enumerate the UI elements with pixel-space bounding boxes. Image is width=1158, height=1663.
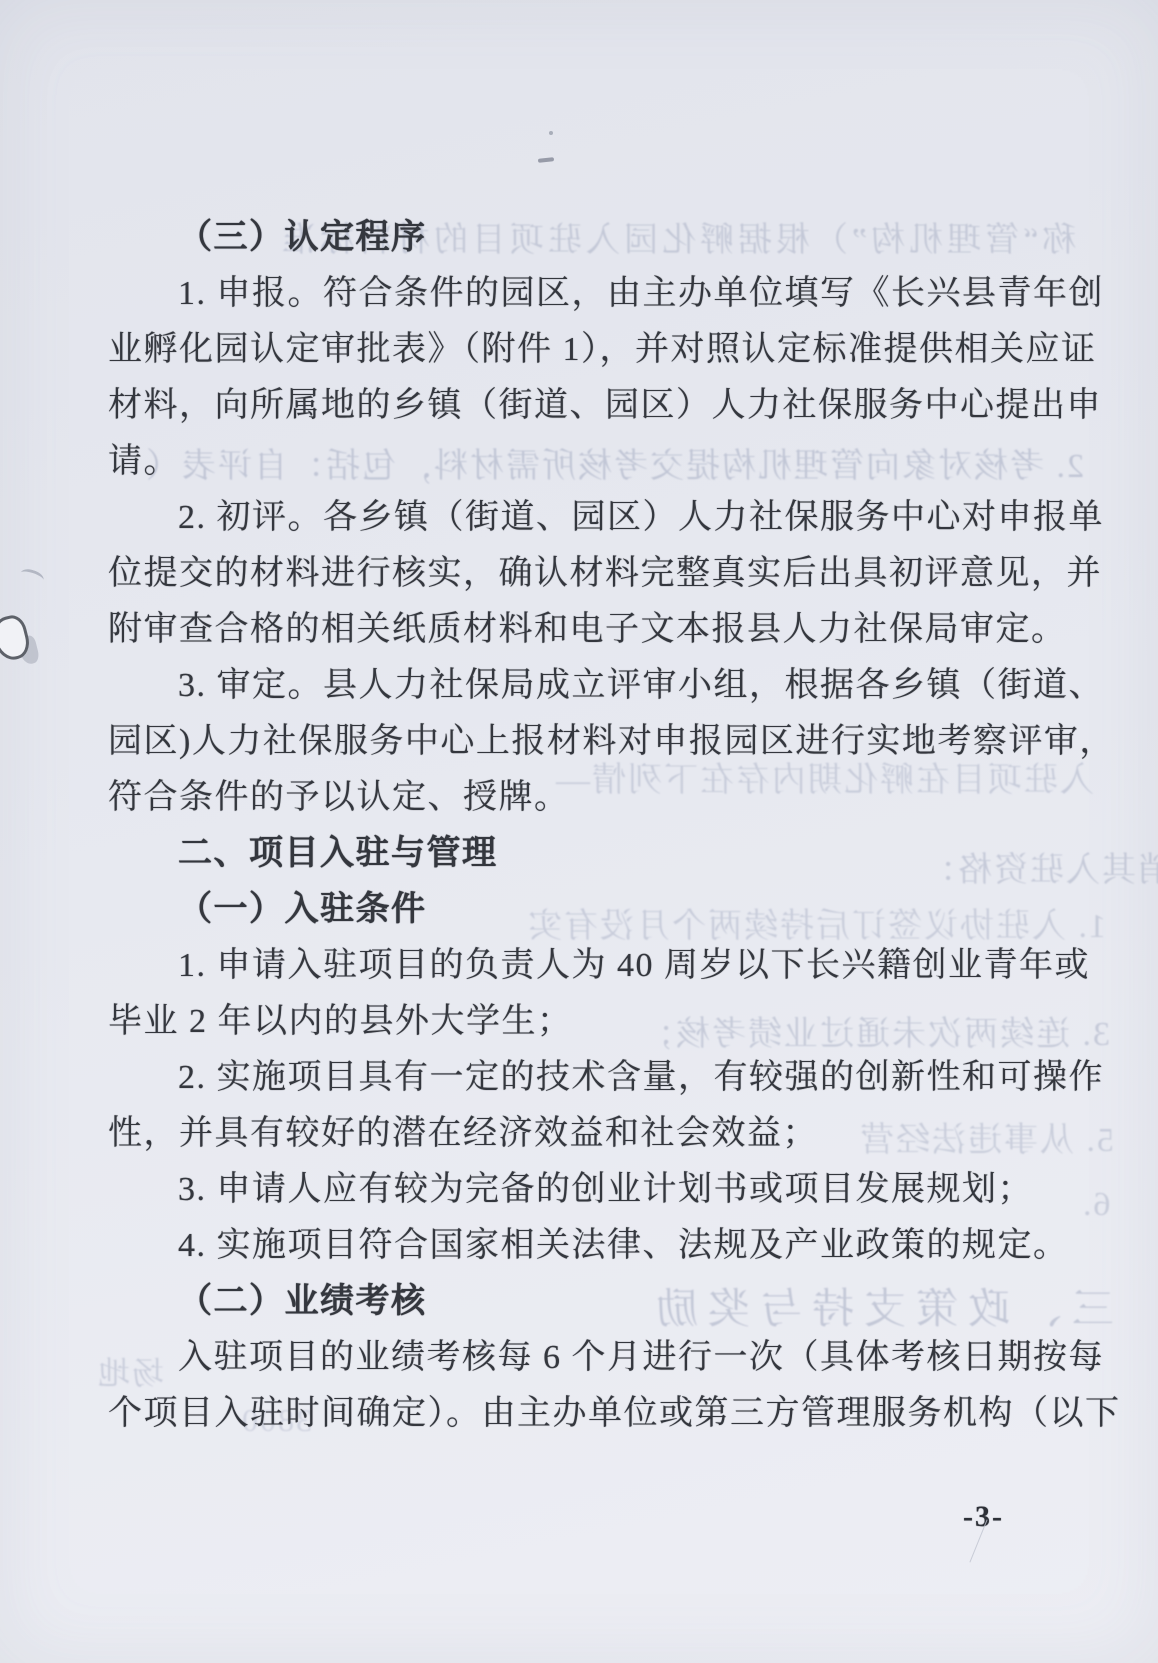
text-line: 2. 实施项目具有一定的技术含量，有较强的创新性和可操作: [108, 1050, 1121, 1106]
text-line: 3. 审定。县人力社保局成立评审小组，根据各乡镇（街道、: [108, 658, 1121, 714]
text-line: 4. 实施项目符合国家相关法律、法规及产业政策的规定。: [108, 1218, 1121, 1274]
heading-line: （三）认定程序: [108, 210, 1121, 266]
text-line: 材料，向所属地的乡镇（街道、园区）人力社保服务中心提出申: [108, 378, 1121, 434]
text-line: 毕业 2 年以内的县外大学生；: [108, 994, 1121, 1050]
text-line: 位提交的材料进行核实，确认材料完整真实后出具初评意见，并: [108, 546, 1121, 602]
text-line: 个项目入驻时间确定）。由主办单位或第三方管理服务机构（以下: [108, 1386, 1121, 1442]
text-line: 3. 申请人应有较为完备的创业计划书或项目发展规划；: [108, 1162, 1121, 1218]
scanned-document-page: 称“管理机构”）根据孵化园入驻项目的材料标准2. 考核对象向管理机构提交考核所需…: [0, 0, 1158, 1663]
text-line: 园区)人力社保服务中心上报材料对申报园区进行实地考察评审，: [108, 714, 1121, 770]
text-line: 业孵化园认定审批表》（附件 1），并对照认定标准提供相关应证: [108, 322, 1121, 378]
heading-line: 二、项目入驻与管理: [108, 826, 1121, 882]
text-line: 2. 初评。各乡镇（街道、园区）人力社保服务中心对申报单: [108, 490, 1121, 546]
heading-line: （一）入驻条件: [108, 882, 1121, 938]
text-line: 请。: [108, 434, 1121, 490]
text-line: 1. 申请入驻项目的负责人为 40 周岁以下长兴籍创业青年或: [108, 938, 1121, 994]
text-line: 符合条件的予以认定、授牌。: [108, 770, 1121, 826]
text-line: 附审查合格的相关纸质材料和电子文本报县人力社保局审定。: [108, 602, 1121, 658]
text-line: 性，并具有较好的潜在经济效益和社会效益；: [108, 1106, 1121, 1162]
heading-line: （二）业绩考核: [108, 1274, 1121, 1330]
document-body: （三）认定程序1. 申报。符合条件的园区，由主办单位填写《长兴县青年创业孵化园认…: [108, 210, 1121, 1442]
scan-artifact-dot: [549, 131, 553, 135]
text-line: 1. 申报。符合条件的园区，由主办单位填写《长兴县青年创: [108, 266, 1121, 322]
text-line: 入驻项目的业绩考核每 6 个月进行一次（具体考核日期按每: [108, 1330, 1121, 1386]
